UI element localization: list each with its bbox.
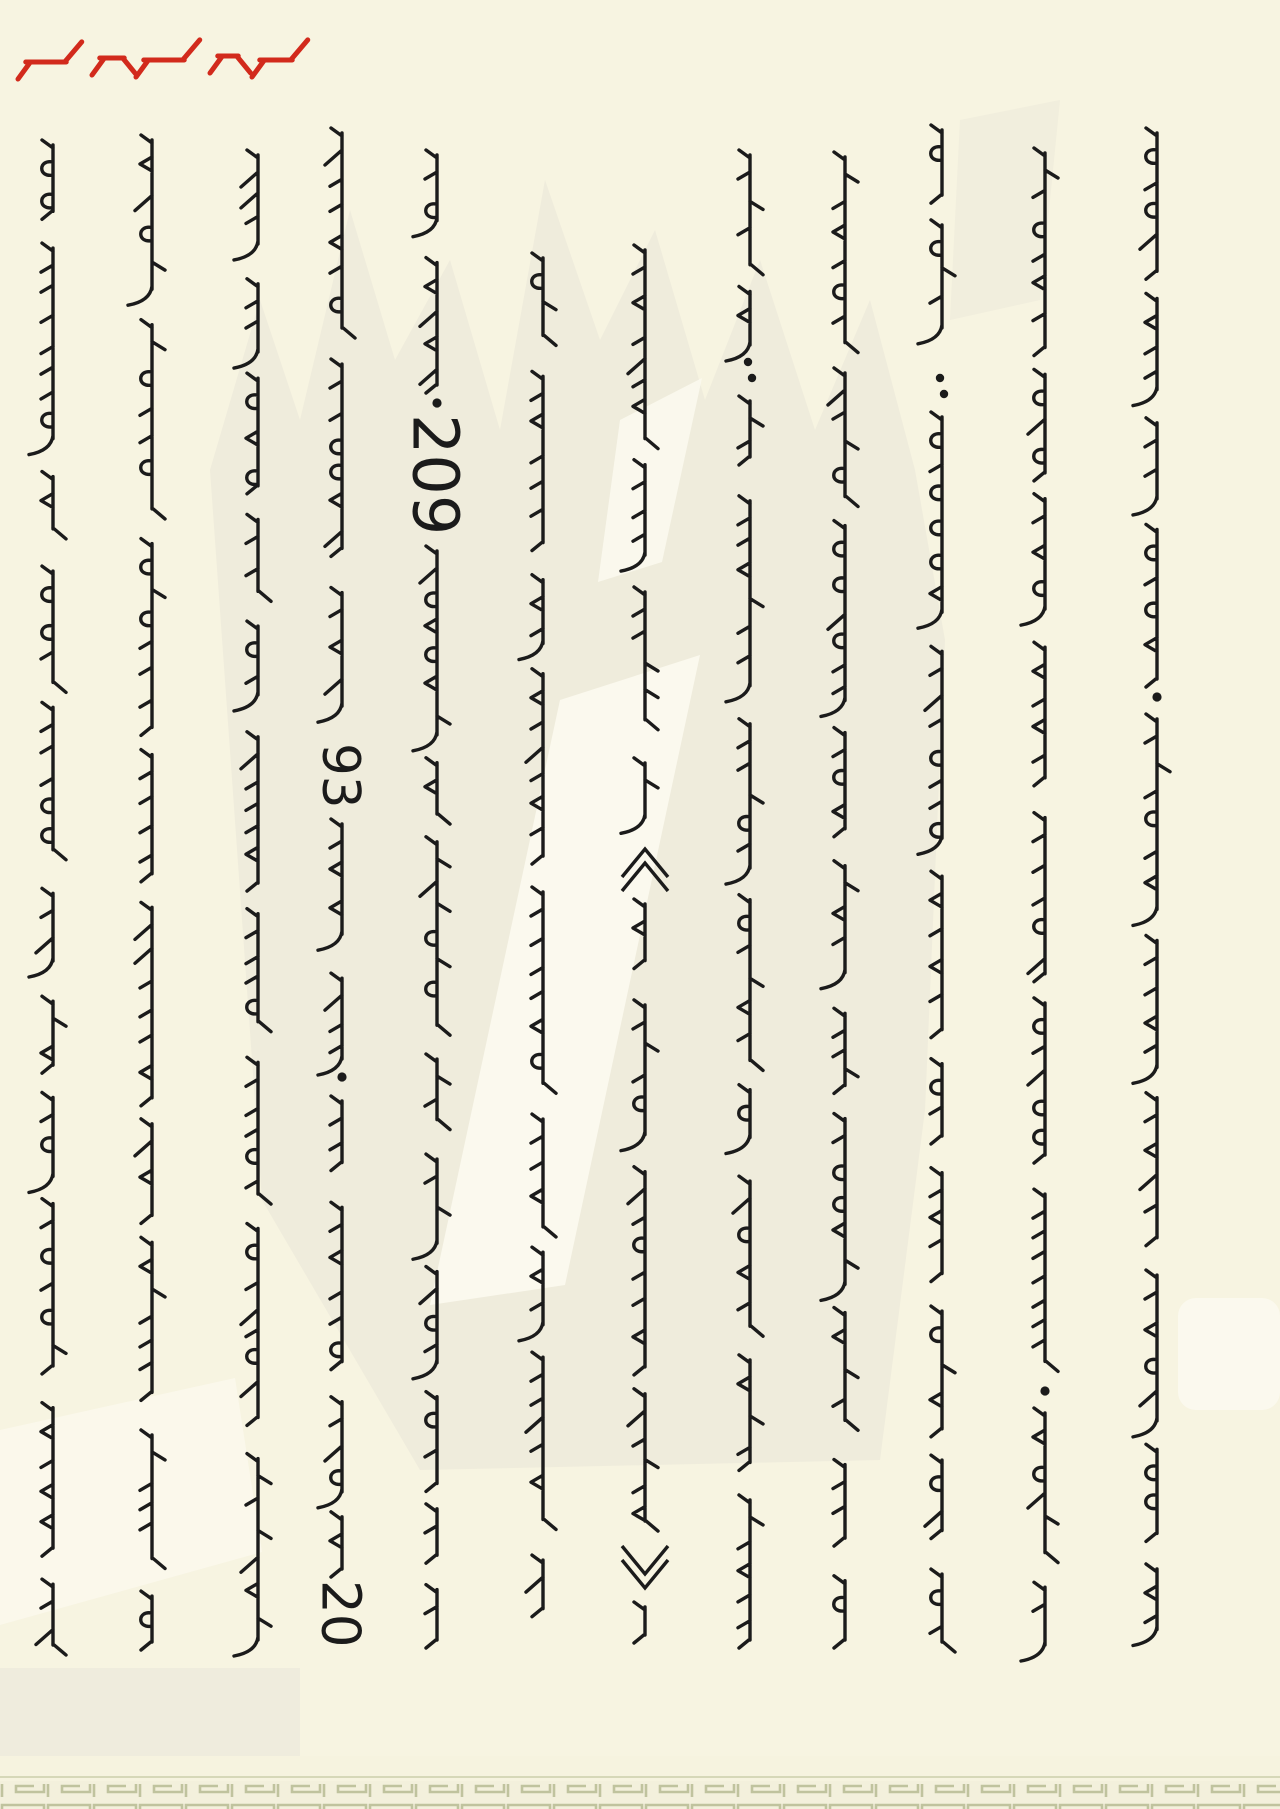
footer-meander-border [0,0,1280,1809]
article-page: 9320209 [0,0,1280,1809]
